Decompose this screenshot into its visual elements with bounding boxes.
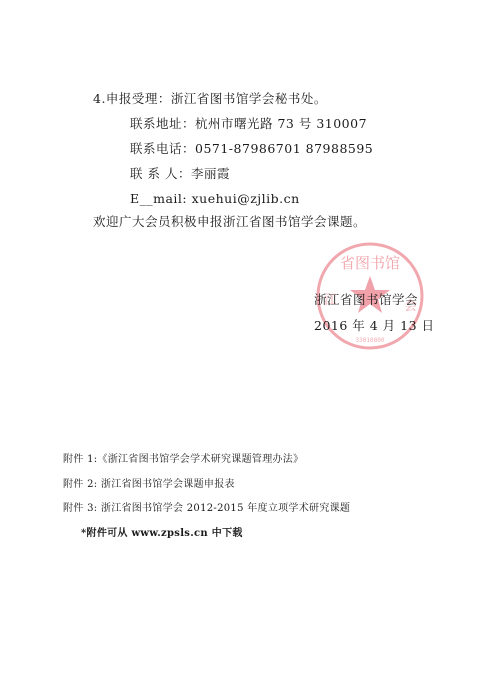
contact-person: 联 系 人：李丽霞	[130, 166, 230, 182]
section-heading: 4.申报受理：浙江省图书馆学会秘书处。	[93, 91, 327, 107]
download-note: *附件可从 www.zpsls.cn 中下载	[81, 527, 243, 541]
svg-text:33010800: 33010800	[356, 337, 385, 344]
contact-phone: 联系电话：0571-87986701 87988595	[130, 141, 373, 157]
contact-address: 联系地址：杭州市曙光路 73 号 310007	[130, 116, 367, 132]
attachment-1: 附件 1:《浙江省图书馆学会学术研究课题管理办法》	[63, 453, 303, 467]
attachment-2: 附件 2: 浙江省图书馆学会课题申报表	[63, 478, 235, 492]
contact-email: E__mail: xuehui@zjlib.cn	[130, 191, 300, 207]
welcome-text: 欢迎广大会员积极申报浙江省图书馆学会课题。	[93, 214, 366, 230]
signature-org: 浙江省图书馆学会	[314, 292, 418, 308]
signature-date: 2016 年 4 月 13 日	[314, 318, 435, 334]
attachment-3: 附件 3: 浙江省图书馆学会 2012-2015 年度立项学术研究课题	[63, 502, 350, 516]
svg-text:省图书馆: 省图书馆	[340, 254, 400, 272]
